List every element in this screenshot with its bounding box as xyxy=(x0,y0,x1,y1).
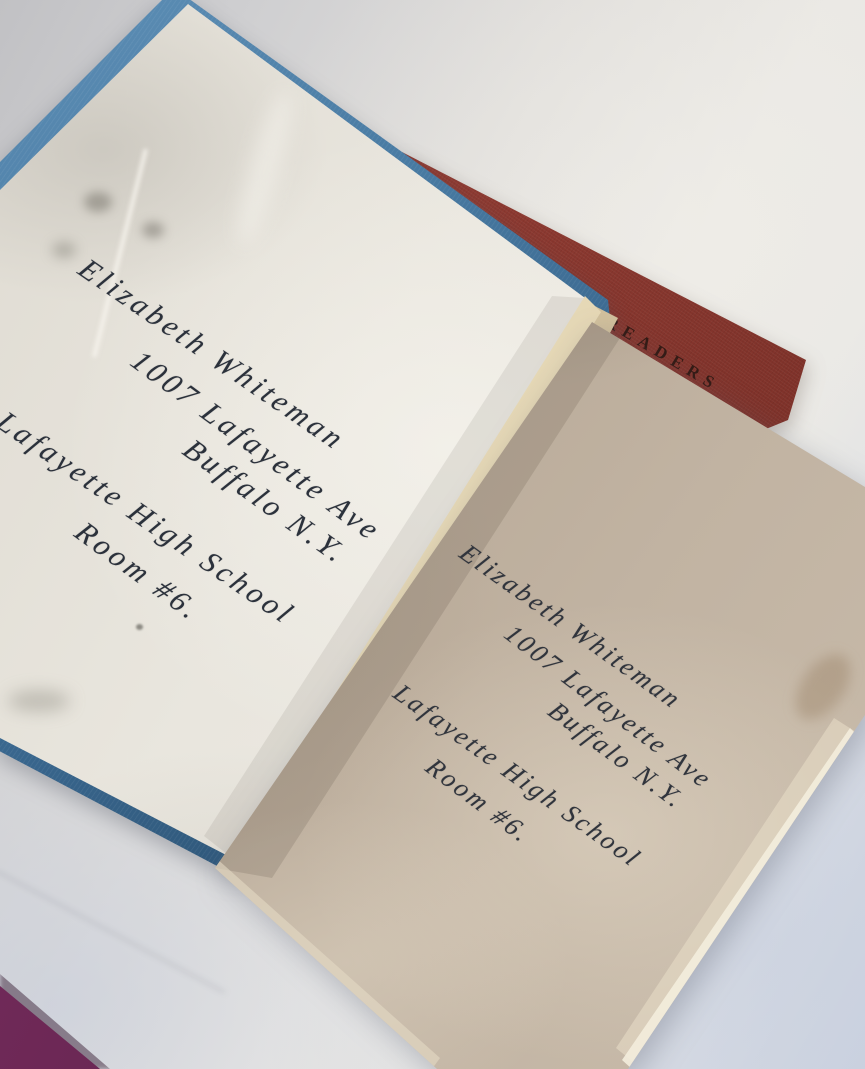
page-stain xyxy=(785,645,862,730)
right-flyleaf-page xyxy=(0,0,865,1069)
book-photo: READERS Elizabeth Whiteman 1007 xyxy=(0,0,865,1069)
flyleaf-wrap xyxy=(0,0,865,1069)
flyleaf-edge-line xyxy=(0,0,865,1069)
page-stain xyxy=(798,898,818,924)
page-stain xyxy=(814,814,859,863)
